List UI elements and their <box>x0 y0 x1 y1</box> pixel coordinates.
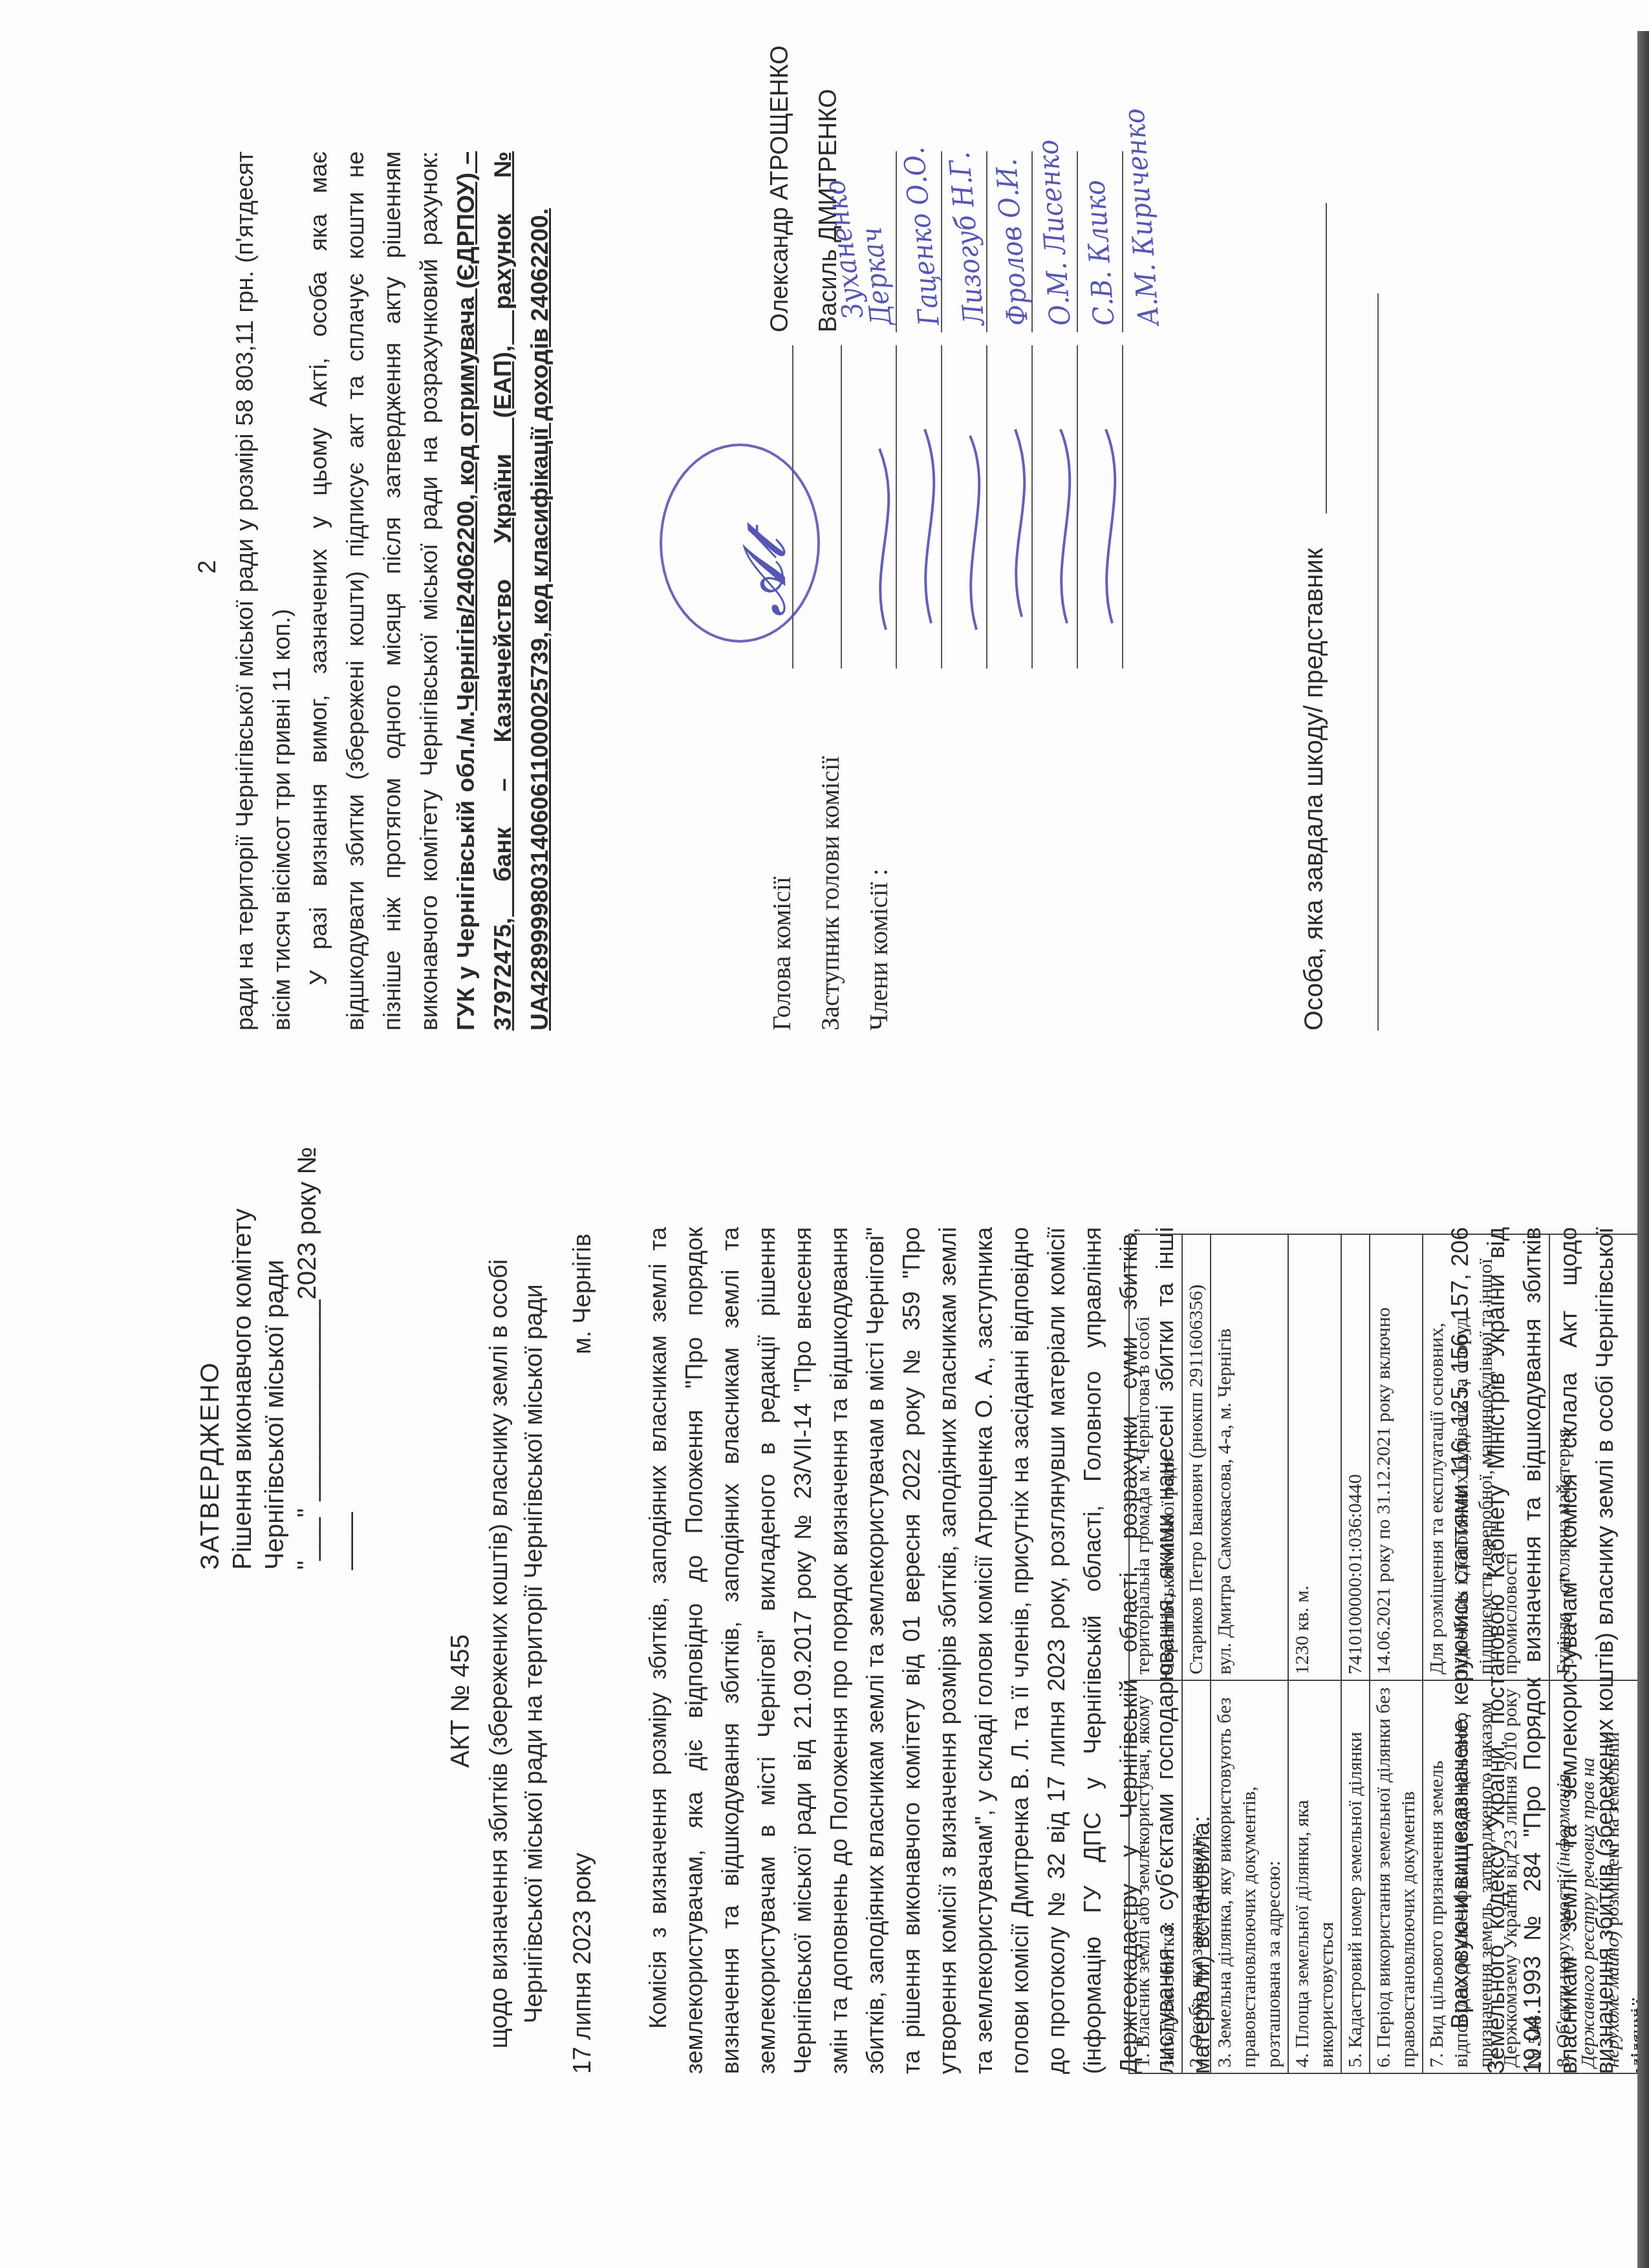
row-key: 1. Власник землі або землекористувач, як… <box>1129 1680 1182 2073</box>
chair-name: Олександр АТРОЩЕНКО <box>766 45 794 332</box>
member-signature: Лизогуб Н.Г. <box>943 151 991 327</box>
member-name-line <box>1077 151 1078 332</box>
table-row: 5. Кадастровий номер земельної ділянки 7… <box>1341 1234 1370 2073</box>
table-row: 6. Період використання земельної ділянки… <box>1370 1234 1423 2073</box>
act-date: 17 липня 2023 року <box>569 1853 596 2074</box>
approval-line-1: Рішення виконавчого комітету <box>226 1134 259 1570</box>
row-value: вул. Дмитра Самоквасова, 4-а, м. Чернігі… <box>1211 1234 1288 1680</box>
payment-paragraphs: ради на території Чернігівської міської … <box>226 151 558 1031</box>
row-value: Стариков Петро Іванович (рнокпп 29116063… <box>1182 1234 1211 1680</box>
chair-signature: 𝓐𝓽 <box>731 539 799 617</box>
page-number: 2 <box>194 0 222 1134</box>
row-key: 4. Площа земельної ділянки, яка використ… <box>1288 1680 1341 2073</box>
offender-signature-line <box>1326 203 1327 513</box>
date-row: 17 липня 2023 року м. Чернігів <box>569 1234 597 2074</box>
member-signature: Гаценко О.О. <box>898 145 946 326</box>
row-value: 7410100000:01:036:0440 <box>1341 1234 1370 1680</box>
act-subject: щодо визначення збитків (збережених кошт… <box>482 1234 552 2074</box>
member-signature: О.М. Лисенко <box>1031 138 1077 326</box>
act-city: м. Чернігів <box>569 1234 597 1354</box>
offender-name-line <box>1377 294 1379 1031</box>
row-value: територіальна громада м. Чернігова в осо… <box>1129 1234 1182 1680</box>
page-2: 2 ради на території Чернігівської місько… <box>0 0 1636 1134</box>
approval-line-2: Чернігівської міської ради <box>259 1134 291 1570</box>
table-row: 4. Площа земельної ділянки, яка використ… <box>1288 1234 1341 2073</box>
bank-details-a: ГУК у Чернігівській обл./м. <box>453 711 479 1031</box>
row-key: 2. Особа, яка завдала шкоду: <box>1182 1680 1211 2073</box>
deputy-label: Заступник голови комісії <box>815 756 845 1031</box>
member-signature: Фролов О.И. <box>990 158 1035 327</box>
approval-line-3: "___" ______________2023 року № ____ <box>291 1134 356 1570</box>
member-signature: С.В. Клико <box>1078 179 1121 327</box>
table-row: 3. Земельна ділянка, яку використовують … <box>1211 1234 1288 2073</box>
row-key: 3. Земельна ділянка, яку використовують … <box>1211 1680 1288 2073</box>
approval-title: ЗАТВЕРДЖЕНО <box>194 1134 226 1570</box>
member-scribbles <box>860 345 1158 643</box>
act-number: АКТ № 455 <box>446 1134 475 2268</box>
row-value: 14.06.2021 року по 31.12.2021 року включ… <box>1370 1234 1423 1680</box>
approval-block: ЗАТВЕРДЖЕНО Рішення виконавчого комітету… <box>194 1134 356 1570</box>
row-key: 6. Період використання земельної ділянки… <box>1370 1680 1423 2073</box>
scanned-document-spread: ЗАТВЕРДЖЕНО Рішення виконавчого комітету… <box>0 0 1649 2268</box>
chair-label: Голова комісії <box>766 877 797 1031</box>
offender-label: Особа, яка завдала шкоду/ представник <box>1300 548 1329 1031</box>
deputy-signature-line <box>841 345 842 669</box>
payment-terms-paragraph: У разі визнання вимог, зазначених у цьом… <box>300 151 558 1031</box>
closing-paragraph: Враховуючи вищезазначене, керуючись стат… <box>1442 1227 1649 2074</box>
member-signature: А.М. Кириченко <box>1117 107 1165 327</box>
payment-terms-text: У разі визнання вимог, зазначених у цьом… <box>305 151 442 1031</box>
members-label: Члени комісії : <box>863 868 894 1031</box>
amount-paragraph: ради на території Чернігівської міської … <box>226 151 300 1031</box>
closing-text: Враховуючи вищезазначене, керуючись стат… <box>1447 1227 1649 2074</box>
row-key: 5. Кадастровий номер земельної ділянки <box>1341 1680 1370 2073</box>
row-value: 1230 кв. м. <box>1288 1234 1341 1680</box>
table-row: 1. Власник землі або землекористувач, як… <box>1129 1234 1182 2073</box>
table-row: 2. Особа, яка завдала шкоду: Стариков Пе… <box>1182 1234 1211 2073</box>
page-1: ЗАТВЕРДЖЕНО Рішення виконавчого комітету… <box>0 1134 1636 2268</box>
scan-edge <box>1637 31 1649 2268</box>
